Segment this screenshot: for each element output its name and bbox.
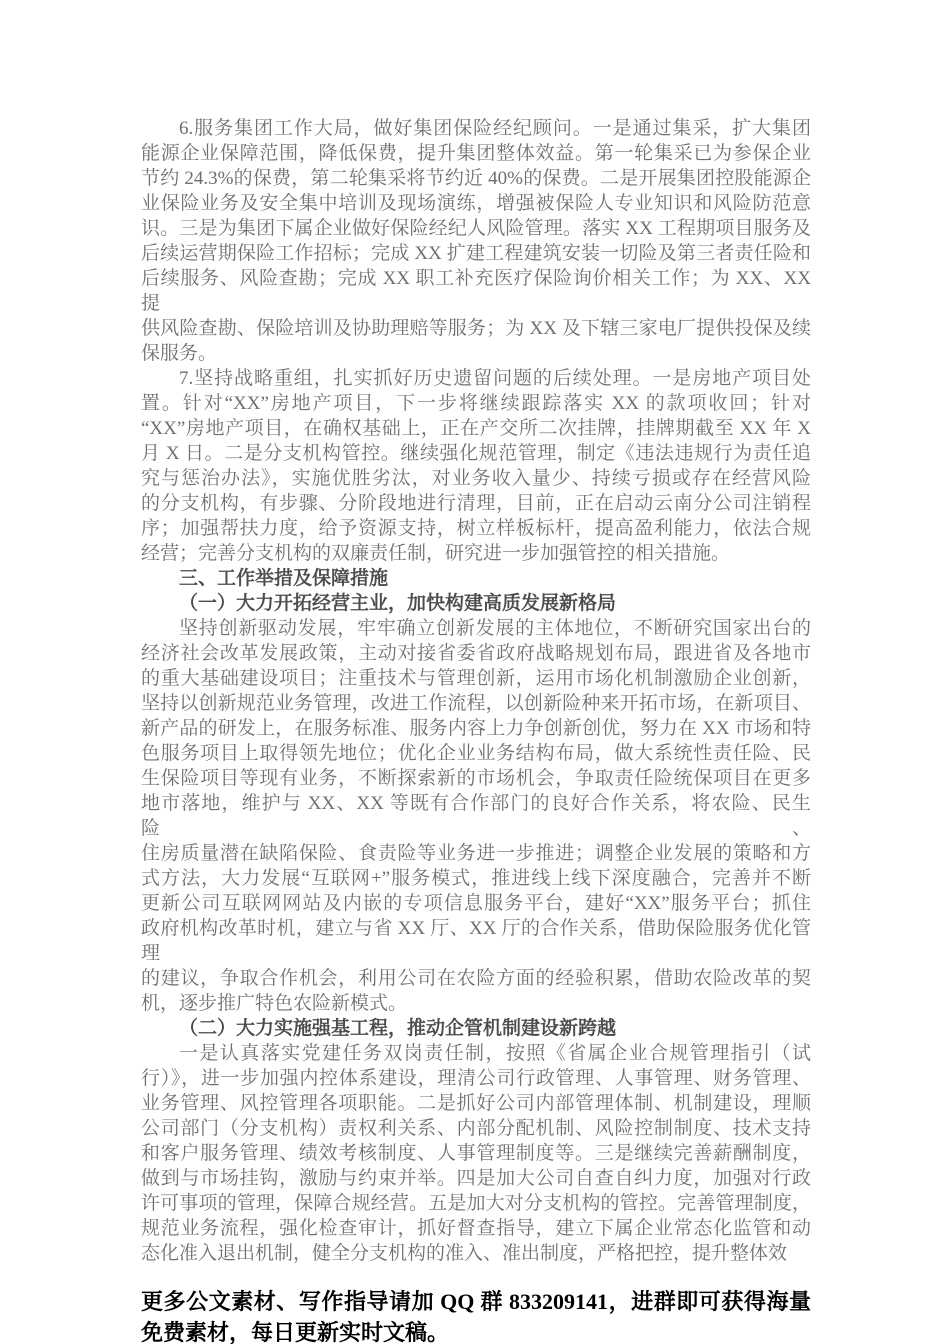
text-line: 规范业务流程，强化检查审计，抓好督查指导，建立下属企业常态化监管和动 [141, 1216, 811, 1241]
text-line: 和客户服务管理、绩效考核制度、人事管理制度等。三是继续完善薪酬制度， [141, 1141, 811, 1166]
text-line: 住房质量潜在缺陷保险、食责险等业务进一步推进；调整企业发展的策略和方 [141, 841, 811, 866]
promo-footer: 更多公文素材、写作指导请加 QQ 群 833209141，进群即可获得海量免费素… [141, 1286, 811, 1344]
heading-text: （一）大力开拓经营主业，加快构建高质发展新格局 [141, 591, 811, 616]
text-line: 政府机构改革时机，建立与省 XX 厅、XX 厅的合作关系，借助保险服务优化管理 [141, 916, 811, 966]
text-line: 更新公司互联网网站及内嵌的专项信息服务平台，建好“XX”服务平台；抓住 [141, 891, 811, 916]
subsection-heading-one: （一）大力开拓经营主业，加快构建高质发展新格局 [141, 591, 811, 616]
subsection-heading-two: （二）大力实施强基工程，推动企管机制建设新跨越 [141, 1016, 811, 1041]
text-line: 态化准入退出机制，健全分支机构的准入、准出制度，严格把控，提升整体效 [141, 1241, 811, 1266]
text-line: 一是认真落实党建任务双岗责任制，按照《省属企业合规管理指引（试 [141, 1041, 811, 1066]
text-line: 经营；完善分支机构的双廉责任制，研究进一步加强管控的相关措施。 [141, 541, 811, 566]
text-line: 节约 24.3%的保费，第二轮集采将节约近 40%的保费。二是开展集团控股能源企 [141, 166, 811, 191]
text-line: 究与惩治办法》，实施优胜劣汰，对业务收入量少、持续亏损或存在经营风险 [141, 466, 811, 491]
text-line: 业务管理、风控管理各项职能。二是抓好公司内部管理体制、机制建设，理顺 [141, 1091, 811, 1116]
text-line: 后续运营期保险工作招标；完成 XX 扩建工程建筑安装一切险及第三者责任险和 [141, 241, 811, 266]
text-line: 更多公文素材、写作指导请加 QQ 群 833209141，进群即可获得海量 [141, 1286, 811, 1317]
text-line: 地市落地，维护与 XX、XX 等既有合作部门的良好合作关系，将农险、民生险、 [141, 791, 811, 841]
text-line: 后续服务、风险查勘；完成 XX 职工补充医疗保险询价相关工作；为 XX、XX 提 [141, 266, 811, 316]
text-line: 的重大基础建设项目；注重技术与管理创新，运用市场化机制激励企业创新， [141, 666, 811, 691]
document-content: 6.服务集团工作大局，做好集团保险经纪顾问。一是通过集采，扩大集团能源企业保障范… [141, 116, 811, 1344]
text-line: 许可事项的管理，保障合规经营。五是加大对分支机构的管控。完善管理制度， [141, 1191, 811, 1216]
heading-text: 三、工作举措及保障措施 [141, 566, 811, 591]
text-line: 的建议，争取合作机会，利用公司在农险方面的经验积累，借助农险改革的契 [141, 966, 811, 991]
text-line: 月 X 日。二是分支机构管控。继续强化规范管理，制定《违法违规行为责任追 [141, 441, 811, 466]
text-line: 经济社会改革发展政策，主动对接省委省政府战略规划布局，跟进省及各地市 [141, 641, 811, 666]
text-line: “XX”房地产项目，在确权基础上，正在产交所二次挂牌，挂牌期截至 XX 年 X [141, 416, 811, 441]
text-line: 行）》，进一步加强内控体系建设，理清公司行政管理、人事管理、财务管理、 [141, 1066, 811, 1091]
text-line: 机，逐步推广特色农险新模式。 [141, 991, 811, 1016]
paragraph-business-expansion: 坚持创新驱动发展，牢牢确立创新发展的主体地位，不断研究国家出台的经济社会改革发展… [141, 616, 811, 1016]
text-line: 新产品的研发上，在服务标准、服务内容上力争创新创优，努力在 XX 市场和特 [141, 716, 811, 741]
section-heading-three: 三、工作举措及保障措施 [141, 566, 811, 591]
text-line: 公司部门（分支机构）责权利关系、内部分配机制、风险控制制度、技术支持 [141, 1116, 811, 1141]
text-line: 坚持创新驱动发展，牢牢确立创新发展的主体地位，不断研究国家出台的 [141, 616, 811, 641]
text-line: 供风险查勘、保险培训及协助理赔等服务；为 XX 及下辖三家电厂提供投保及续 [141, 316, 811, 341]
paragraph-item-6: 6.服务集团工作大局，做好集团保险经纪顾问。一是通过集采，扩大集团能源企业保障范… [141, 116, 811, 366]
document-page: 6.服务集团工作大局，做好集团保险经纪顾问。一是通过集采，扩大集团能源企业保障范… [0, 0, 950, 1344]
text-line: 式方法，大力发展“互联网+”服务模式，推进线上线下深度融合，完善并不断 [141, 866, 811, 891]
text-line: 7.坚持战略重组，扎实抓好历史遗留问题的后续处理。一是房地产项目处 [141, 366, 811, 391]
text-line: 序；加强帮扶力度，给予资源支持，树立样板标杆，提高盈利能力，依法合规 [141, 516, 811, 541]
heading-text: （二）大力实施强基工程，推动企管机制建设新跨越 [141, 1016, 811, 1041]
text-line: 识。三是为集团下属企业做好保险经纪人风险管理。落实 XX 工程期项目服务及 [141, 216, 811, 241]
paragraph-foundation-project: 一是认真落实党建任务双岗责任制，按照《省属企业合规管理指引（试行）》，进一步加强… [141, 1041, 811, 1266]
text-line: 保服务。 [141, 341, 811, 366]
text-line: 置。针对“XX”房地产项目，下一步将继续跟踪落实 XX 的款项收回；针对 [141, 391, 811, 416]
text-line: 能源企业保障范围，降低保费，提升集团整体效益。第一轮集采已为参保企业 [141, 141, 811, 166]
text-line: 做到与市场挂钩，激励与约束并举。四是加大公司自查自纠力度，加强对行政 [141, 1166, 811, 1191]
text-line: 色服务项目上取得领先地位；优化企业业务结构布局，做大系统性责任险、民 [141, 741, 811, 766]
paragraph-item-7: 7.坚持战略重组，扎实抓好历史遗留问题的后续处理。一是房地产项目处置。针对“XX… [141, 366, 811, 566]
text-line: 生保险项目等现有业务，不断探索新的市场机会，争取责任险统保项目在更多 [141, 766, 811, 791]
text-line: 6.服务集团工作大局，做好集团保险经纪顾问。一是通过集采，扩大集团 [141, 116, 811, 141]
text-line: 的分支机构，有步骤、分阶段地进行清理，目前，正在启动云南分公司注销程 [141, 491, 811, 516]
text-line: 坚持以创新规范业务管理，改进工作流程，以创新险种来开拓市场，在新项目、 [141, 691, 811, 716]
text-line: 免费素材，每日更新实时文稿。 [141, 1317, 811, 1344]
text-line: 业保险业务及安全集中培训及现场演练，增强被保险人专业知识和风险防范意 [141, 191, 811, 216]
